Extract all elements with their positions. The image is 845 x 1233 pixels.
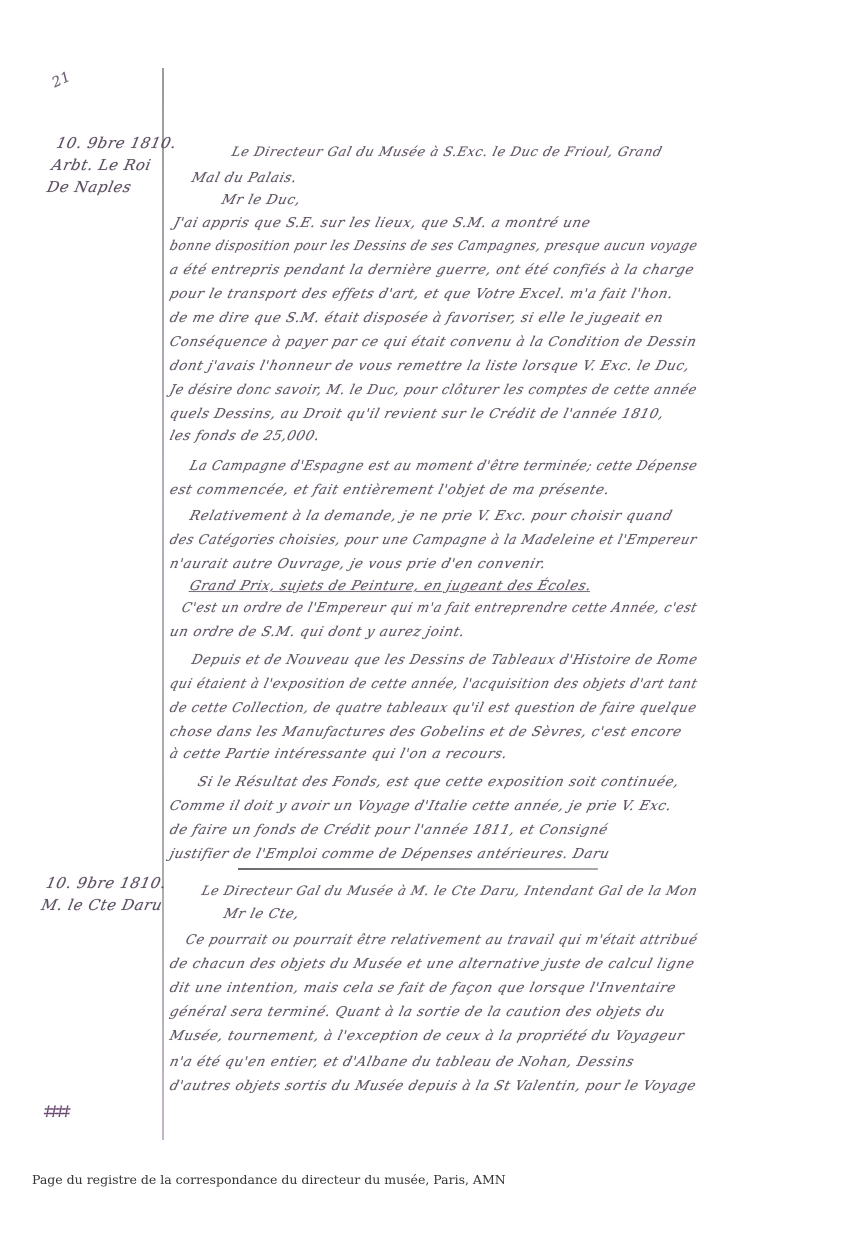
margin-note-1: 10. 9bre 1810. Arbt. Le Roi De Naples bbox=[45, 132, 179, 198]
underlined-heading: Grand Prix, sujets de Peinture, en jugea… bbox=[188, 578, 593, 594]
margin-rule bbox=[162, 68, 164, 1140]
letter-1-heading: Le Directeur Gal du Musée à S.Exc. le Du… bbox=[230, 145, 664, 160]
letter-line: d'autres objets sortis du Musée depuis à… bbox=[168, 1078, 698, 1094]
letter-line: qui étaient à l'exposition de cette anné… bbox=[168, 676, 699, 692]
letter-line: Comme il doit y avoir un Voyage d'Italie… bbox=[168, 798, 673, 814]
letter-line: de cette Collection, de quatre tableaux … bbox=[168, 700, 699, 716]
margin-note-line: 10. 9bre 1810. bbox=[54, 132, 179, 154]
letter-line: chose dans les Manufactures des Gobelins… bbox=[168, 724, 684, 740]
letter-line: Musée, tournement, à l'exception de ceux… bbox=[168, 1028, 686, 1044]
letter-line: Relativement à la demande, je ne prie V.… bbox=[188, 508, 674, 524]
letter-1-salutation: Mr le Duc, bbox=[220, 192, 303, 208]
letter-line: Conséquence à payer par ce qui était con… bbox=[168, 334, 698, 350]
letter-line: C'est un ordre de l'Empereur qui m'a fai… bbox=[180, 600, 699, 616]
margin-note-line: 10. 9bre 1810. bbox=[44, 872, 169, 894]
letter-line: Ce pourrait ou pourrait être relativemen… bbox=[184, 932, 699, 948]
letter-line: de faire un fonds de Crédit pour l'année… bbox=[168, 822, 610, 838]
margin-note-line: M. le Cte Daru bbox=[39, 894, 164, 916]
letter-separator bbox=[238, 868, 598, 870]
letter-line: quels Dessins, au Droit qu'il revient su… bbox=[168, 406, 666, 422]
letter-line: J'ai appris que S.E. sur les lieux, que … bbox=[172, 215, 592, 231]
letter-line: général sera terminé. Quant à la sortie … bbox=[168, 1004, 667, 1020]
archive-stamp: ‡‡‡‡ bbox=[44, 1104, 69, 1120]
margin-note-line: Arbt. Le Roi bbox=[50, 154, 175, 176]
page-number: 21 bbox=[50, 69, 74, 92]
letter-line: justifier de l'Emploi comme de Dépenses … bbox=[168, 846, 611, 862]
letter-line: est commencée, et fait entièrement l'obj… bbox=[168, 482, 612, 498]
letter-1-heading-cont: Mal du Palais. bbox=[190, 170, 299, 186]
letter-line: de me dire que S.M. était disposée à fav… bbox=[168, 310, 665, 326]
letter-line: un ordre de S.M. qui dont y aurez joint. bbox=[168, 624, 467, 640]
figure-caption: Page du registre de la correspondance du… bbox=[32, 1172, 506, 1187]
letter-line: dit une intention, mais cela se fait de … bbox=[168, 980, 678, 996]
letter-2-heading: Le Directeur Gal du Musée à M. le Cte Da… bbox=[200, 884, 699, 899]
letter-line: Depuis et de Nouveau que les Dessins de … bbox=[190, 652, 699, 668]
manuscript-scan: 21 10. 9bre 1810. Arbt. Le Roi De Naples… bbox=[0, 0, 845, 1120]
margin-note-line: De Naples bbox=[45, 176, 170, 198]
letter-2-salutation: Mr le Cte, bbox=[222, 906, 301, 922]
letter-line: pour le transport des effets d'art, et q… bbox=[168, 286, 675, 302]
letter-line: Je désire donc savoir, M. le Duc, pour c… bbox=[168, 382, 699, 398]
letter-line: les fonds de 25,000. bbox=[168, 428, 322, 444]
letter-line: bonne disposition pour les Dessins de se… bbox=[168, 238, 699, 254]
margin-note-2: 10. 9bre 1810. M. le Cte Daru bbox=[39, 872, 169, 916]
letter-line: La Campagne d'Espagne est au moment d'êt… bbox=[188, 458, 699, 474]
letter-line: dont j'avais l'honneur de vous remettre … bbox=[168, 358, 692, 374]
page: 21 10. 9bre 1810. Arbt. Le Roi De Naples… bbox=[0, 0, 845, 1233]
letter-line: n'a été qu'en entier, et d'Albane du tab… bbox=[168, 1054, 636, 1070]
letter-line: Si le Résultat des Fonds, est que cette … bbox=[196, 774, 681, 790]
letter-line: n'aurait autre Ouvrage, je vous prie d'e… bbox=[168, 556, 548, 572]
letter-line: à cette Partie intéressante qui l'on a r… bbox=[168, 746, 509, 762]
letter-line: de chacun des objets du Musée et une alt… bbox=[168, 956, 696, 972]
letter-line: des Catégories choisies, pour une Campag… bbox=[168, 532, 699, 548]
letter-line: a été entrepris pendant la dernière guer… bbox=[168, 262, 696, 278]
